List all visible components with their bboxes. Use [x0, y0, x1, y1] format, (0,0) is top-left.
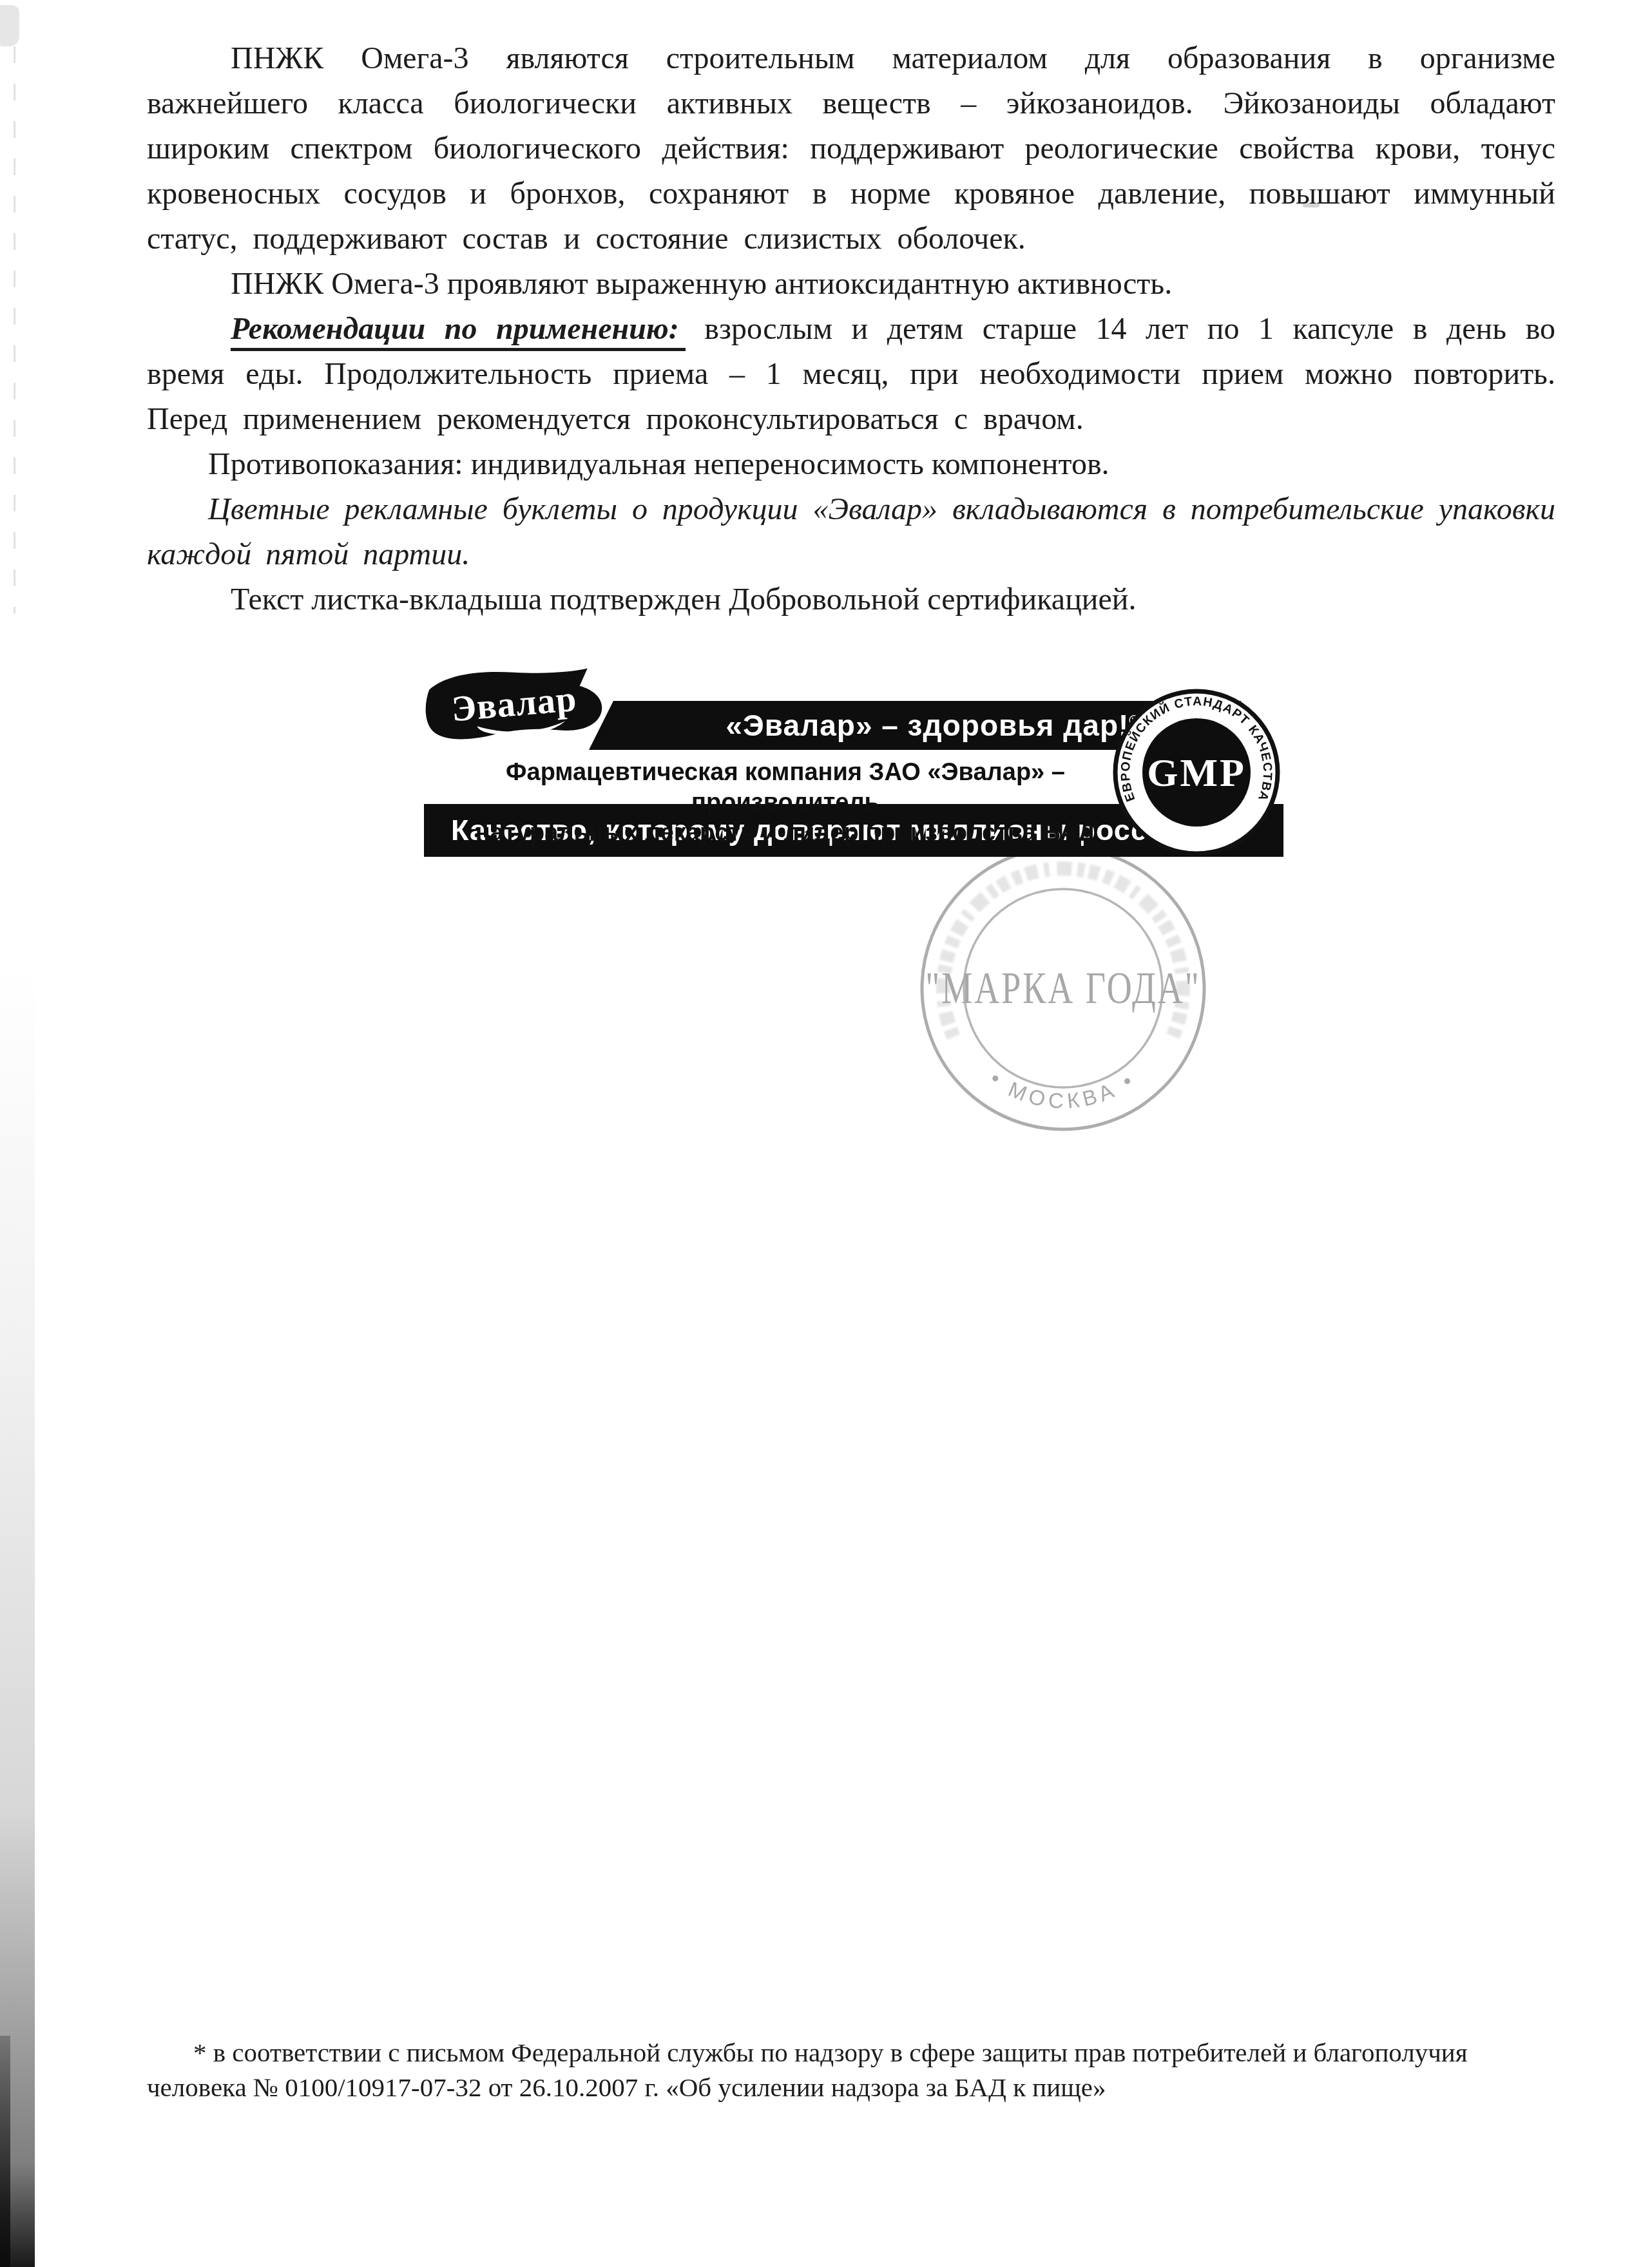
paragraph-recommendations: Рекомендации по применению: взрослым и д… [147, 307, 1555, 442]
marka-goda-stamp: • МОСКВА • "МАРКА ГОДА" [914, 839, 1213, 1138]
slogan-text-wrap: «Эвалар» – здоровья дар!® [725, 708, 1140, 743]
scan-artifact-left-streak-core [0, 2036, 10, 2267]
footnote: * в соответствии с письмом Федеральной с… [147, 2035, 1564, 2105]
gmp-badge: • ЕВРОПЕЙСКИЙ СТАНДАРТ КАЧЕСТВА • GMP [1112, 688, 1281, 857]
company-line-2: натуральных лекарств и лидер производств… [428, 818, 1143, 848]
document-page: ПНЖК Омега-3 являются строительным матер… [0, 0, 1652, 2267]
company-description: Фармацевтическая компания ЗАО «Эвалар» –… [428, 758, 1143, 848]
company-line-1: Фармацевтическая компания ЗАО «Эвалар» –… [428, 758, 1143, 818]
stamp-city-text-wrap: • МОСКВА • [986, 1066, 1141, 1113]
scan-artifact-top-left-blob [0, 5, 19, 46]
stamp-city-text: • МОСКВА • [986, 1066, 1141, 1113]
recommendations-heading: Рекомендации по применению: [231, 312, 686, 351]
scan-artifact-left-dashed-line [14, 46, 15, 613]
paragraph-booklets-note: Цветные рекламные буклеты о продукции «Э… [147, 487, 1555, 577]
slogan-text: «Эвалар» – здоровья дар! [725, 709, 1129, 742]
evalar-flag-logo: Эвалар [420, 666, 615, 750]
paragraph-antioxidant: ПНЖК Омега-3 проявляют выраженную антиок… [147, 262, 1555, 307]
stamp-center-text: "МАРКА ГОДА" [925, 964, 1201, 1013]
gmp-label: GMP [1147, 751, 1246, 795]
paragraph-contraindications: Противопоказания: индивидуальная неперен… [147, 442, 1555, 487]
evalar-banner: Эвалар «Эвалар» – здоровья дар!® Фармаце… [424, 671, 1283, 859]
body-text: ПНЖК Омега-3 являются строительным матер… [147, 36, 1555, 622]
paragraph-intro: ПНЖК Омега-3 являются строительным матер… [147, 36, 1555, 262]
paragraph-certification-note: Текст листка-вкладыша подтвержден Добров… [147, 577, 1555, 622]
